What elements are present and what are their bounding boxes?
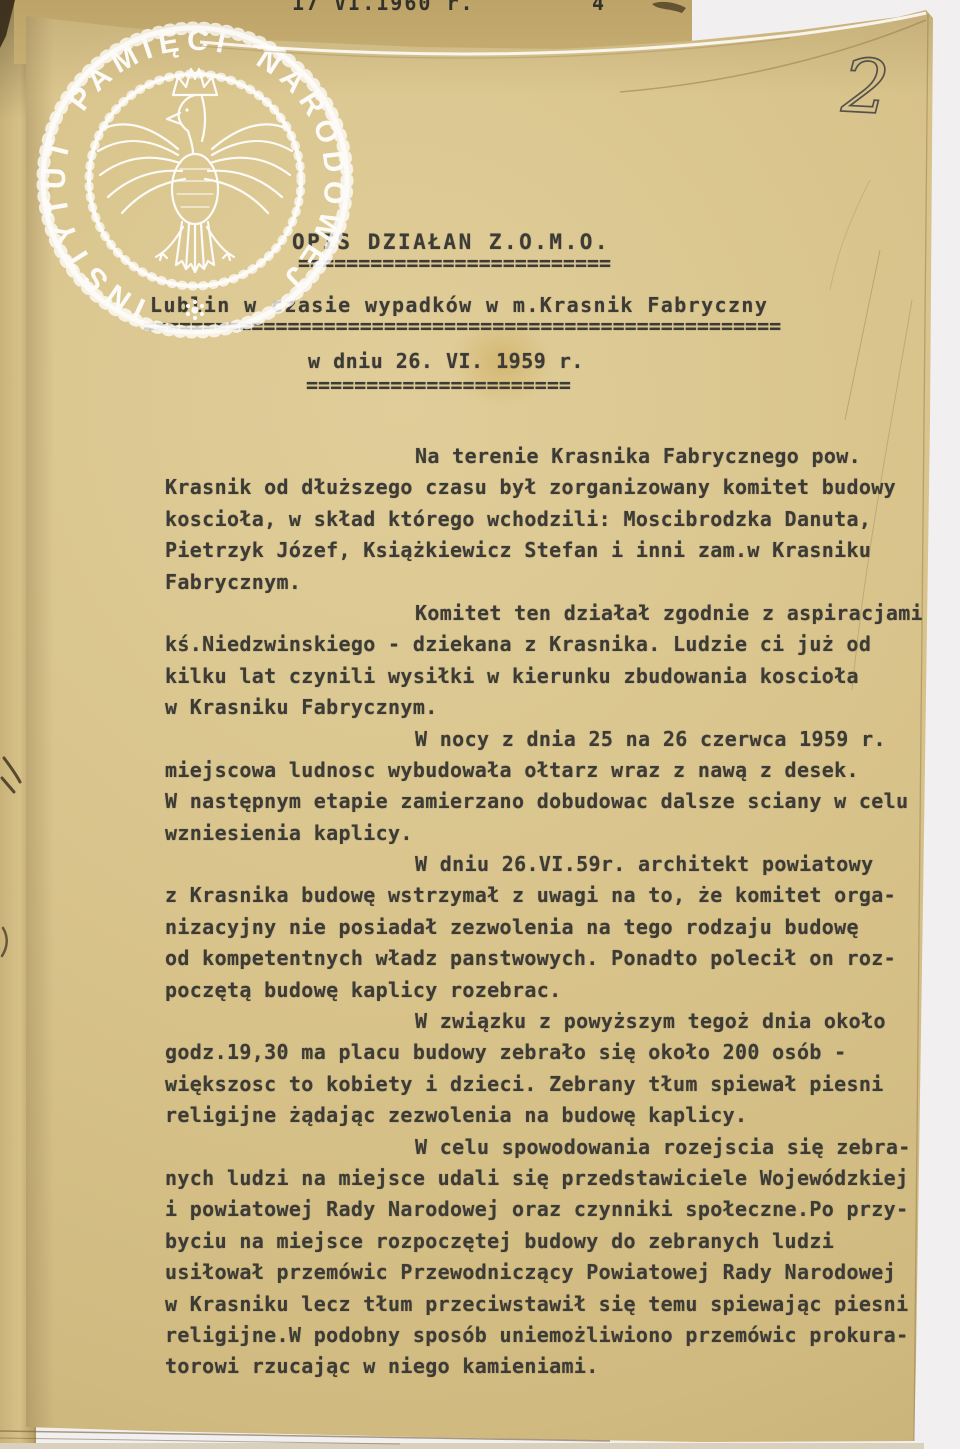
- body-line: W dniu 26.VI.59r. architekt powiatowy: [165, 849, 937, 880]
- body-line: usiłował przemówic Przewodniczący Powiat…: [165, 1257, 937, 1288]
- body-line: Fabrycznym.: [165, 567, 937, 598]
- previous-page-date-fragment: 17 VI.1960 r.: [292, 0, 475, 15]
- body-line: Komitet ten działał zgodnie z aspiracjam…: [165, 598, 937, 629]
- body-line: wzniesienia kaplicy.: [165, 818, 937, 849]
- body-line: torowi rzucając w niego kamieniami.: [165, 1351, 937, 1382]
- body-line: w Krasniku Fabrycznym.: [165, 692, 937, 723]
- body-line: religijne żądając zezwolenia na budowę k…: [165, 1100, 937, 1131]
- body-line: z Krasnika budowę wstrzymał z uwagi na t…: [165, 880, 937, 911]
- body-line: godz.19,30 ma placu budowy zebrało się o…: [165, 1037, 937, 1068]
- body-line: byciu na miejsce rozpoczętej budowy do z…: [165, 1226, 937, 1257]
- previous-page-number-fragment: 4: [592, 0, 606, 15]
- body-line: kś.Niedzwinskiego - dziekana z Krasnika.…: [165, 629, 937, 660]
- body-line: Na terenie Krasnika Fabrycznego pow.: [165, 441, 937, 472]
- dateline-underline: ======================: [306, 373, 571, 397]
- document-body: Na terenie Krasnika Fabrycznego pow.Kras…: [165, 441, 937, 1383]
- body-line: kilku lat czynili wysiłki w kierunku zbu…: [165, 661, 937, 692]
- ipn-watermark-stamp: INSTYTUT PAMIĘCI NARODOWEJ: [30, 17, 360, 347]
- body-line: w Krasniku lecz tłum przeciwstawił się t…: [165, 1289, 937, 1320]
- body-line: religijne.W podobny sposób uniemożliwion…: [165, 1320, 937, 1351]
- body-line: W nocy z dnia 25 na 26 czerwca 1959 r.: [165, 724, 937, 755]
- body-line: W następnym etapie zamierzano dobudowac …: [165, 786, 937, 817]
- body-line: W celu spowodowania rozejscia się zebra-: [165, 1132, 937, 1163]
- body-line: nych ludzi na miejsce udali się przedsta…: [165, 1163, 937, 1194]
- body-line: Krasnik od dłuższego czasu był zorganizo…: [165, 472, 937, 503]
- body-line: miejscowa ludnosc wybudowała ołtarz wraz…: [165, 755, 937, 786]
- body-line: nizacyjny nie posiadał zezwolenia na teg…: [165, 912, 937, 943]
- stamp-ornament: [186, 300, 204, 320]
- body-line: W związku z powyższym tegoż dnia około: [165, 1006, 937, 1037]
- body-line: od kompetentnych władz panstwowych. Pona…: [165, 943, 937, 974]
- body-line: koscioła, w skład którego wchodzili: Mos…: [165, 504, 937, 535]
- bottom-page-edges: [0, 1443, 924, 1449]
- body-line: poczętą budowę kaplicy rozebrac.: [165, 975, 937, 1006]
- body-line: większosc to kobiety i dzieci. Zebrany t…: [165, 1069, 937, 1100]
- document-dateline: w dniu 26. VI. 1959 r.: [308, 349, 584, 373]
- body-line: i powiatowej Rady Narodowej oraz czynnik…: [165, 1194, 937, 1225]
- body-line: Pietrzyk Józef, Książkiewicz Stefan i in…: [165, 535, 937, 566]
